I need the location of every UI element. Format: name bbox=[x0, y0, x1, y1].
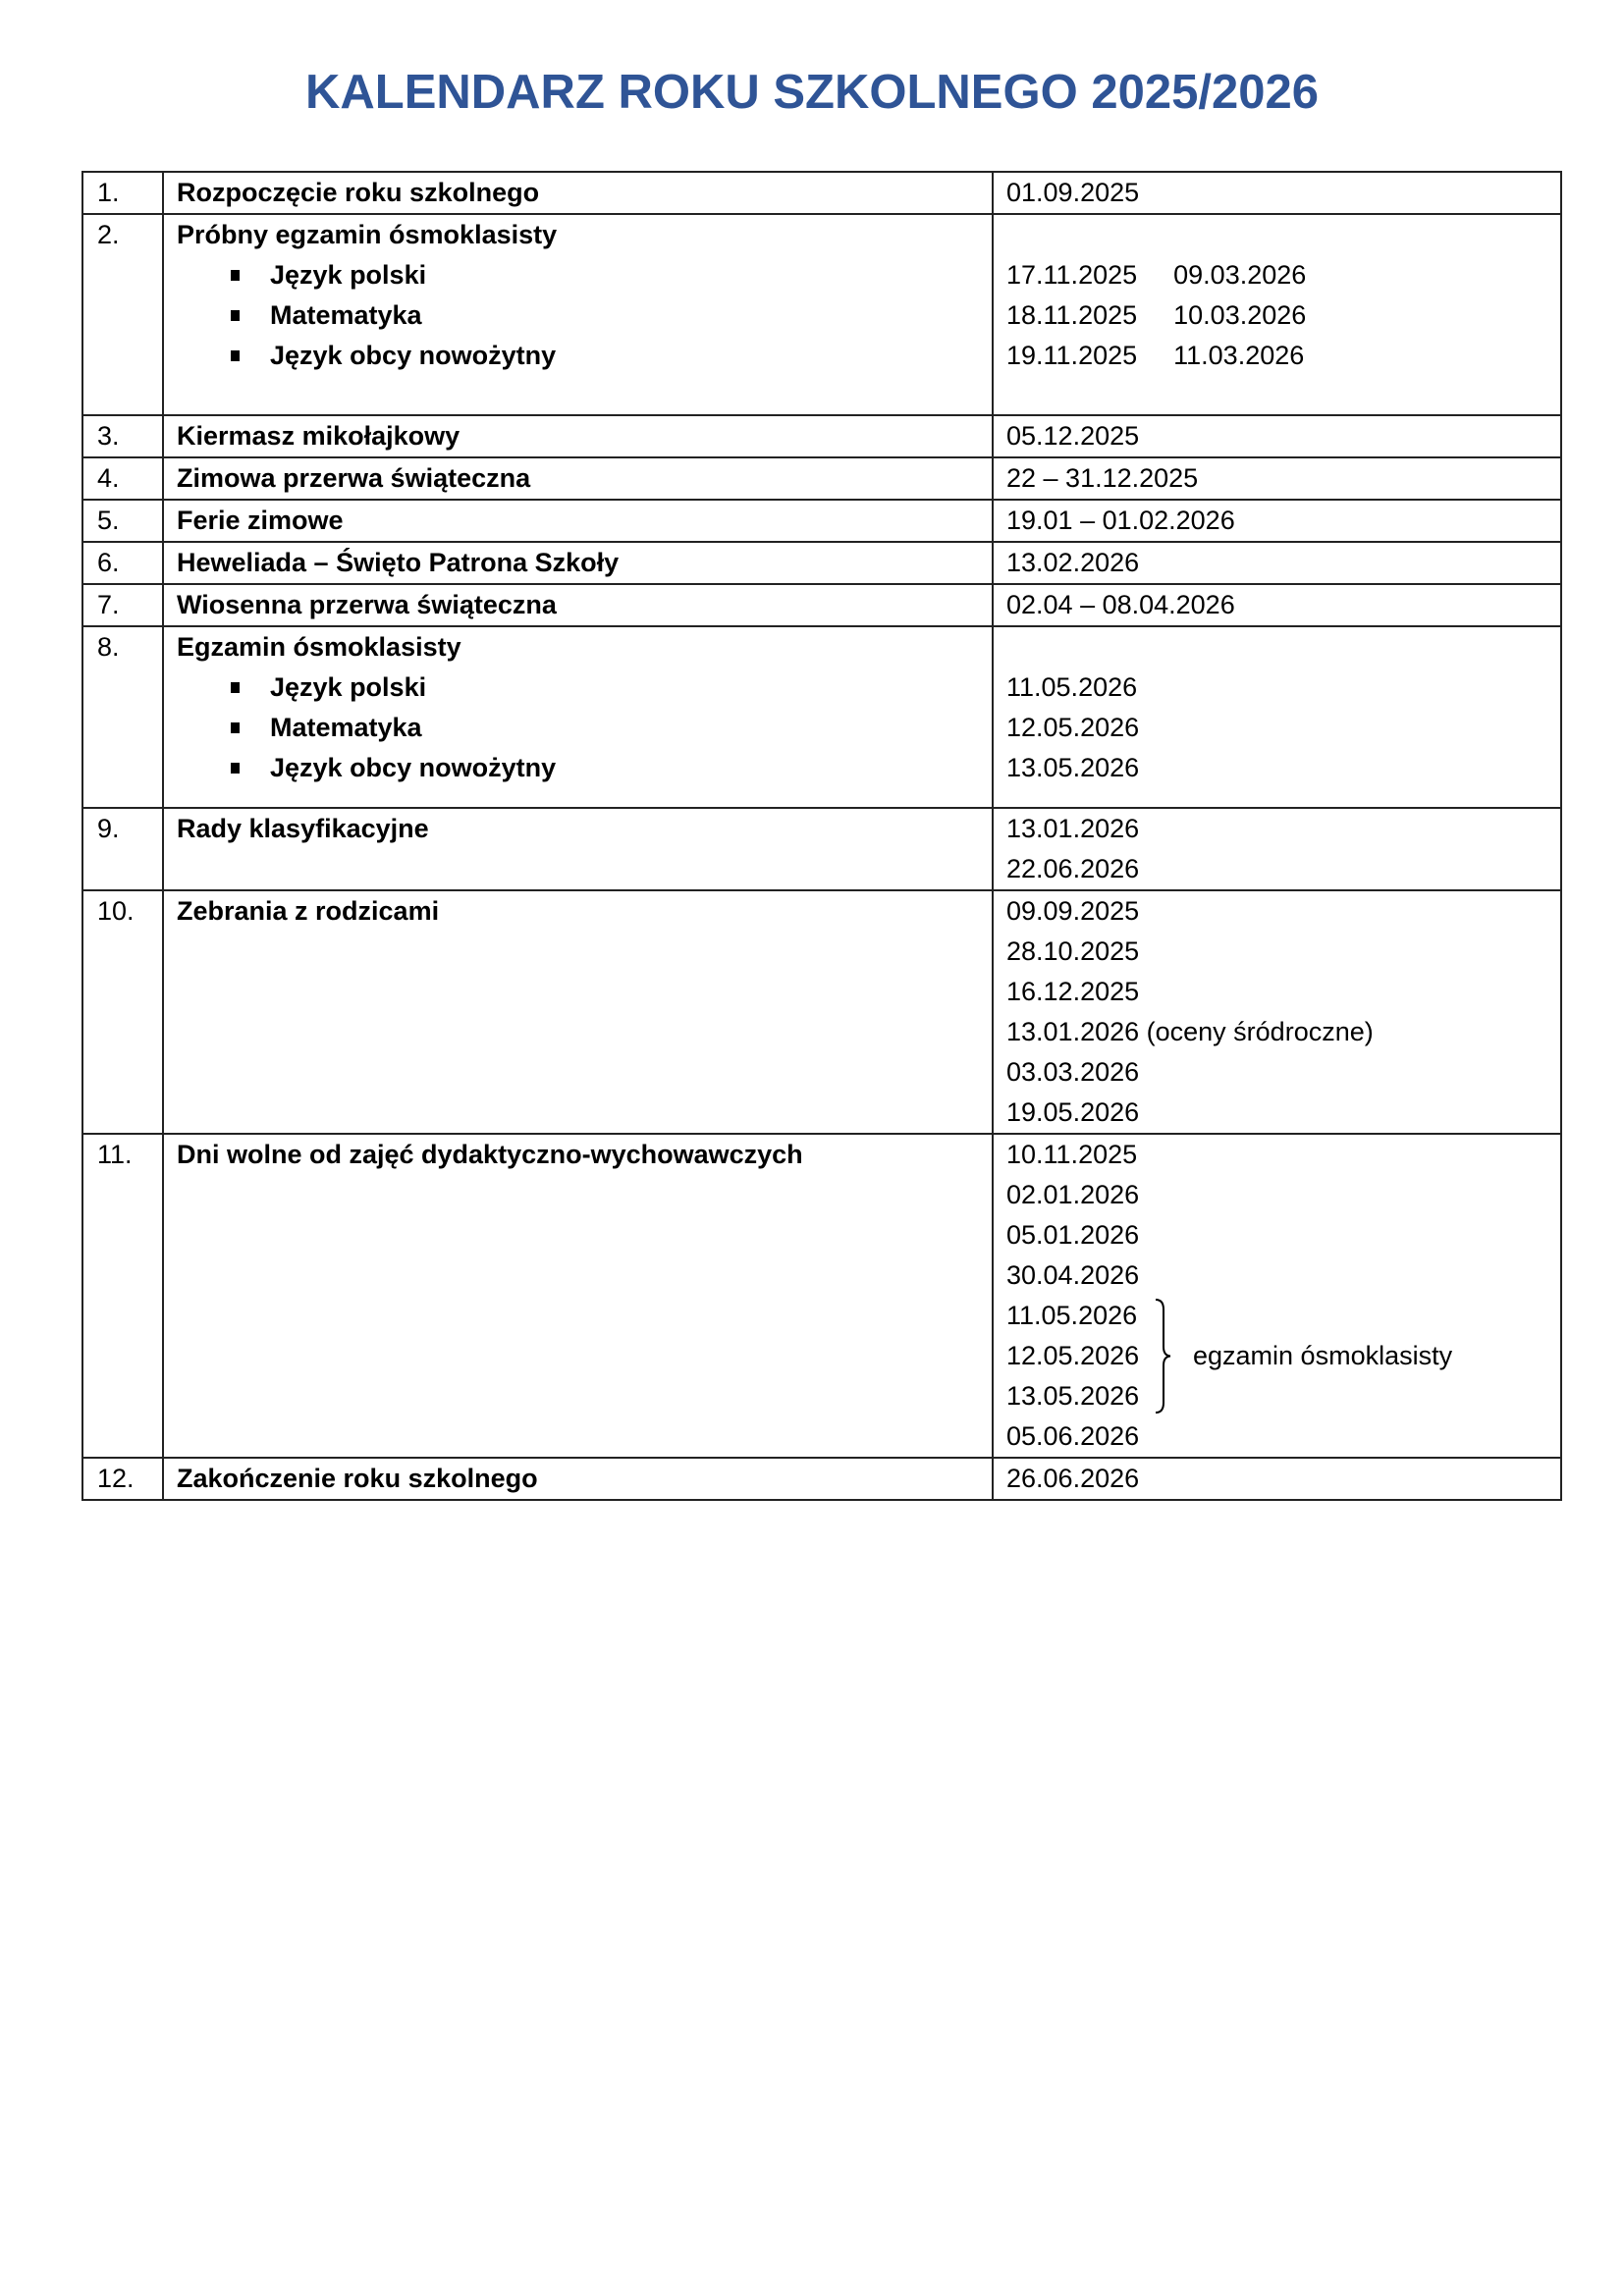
event-date: 26.06.2026 bbox=[993, 1458, 1561, 1500]
table-row: 8. Egzamin ósmoklasisty Język polski Mat… bbox=[82, 626, 1561, 808]
list-item: Język polski bbox=[231, 667, 980, 708]
event-cell: Próbny egzamin ósmoklasisty Język polski… bbox=[163, 214, 993, 415]
row-number: 4. bbox=[82, 457, 163, 500]
list-item: Język obcy nowożytny bbox=[231, 748, 980, 788]
row-number: 9. bbox=[82, 808, 163, 890]
event-name: Zimowa przerwa świąteczna bbox=[163, 457, 993, 500]
event-name: Ferie zimowe bbox=[163, 500, 993, 542]
event-name: Wiosenna przerwa świąteczna bbox=[163, 584, 993, 626]
table-row: 9. Rady klasyfikacyjne 13.01.2026 22.06.… bbox=[82, 808, 1561, 890]
event-name: Zebrania z rodzicami bbox=[163, 890, 993, 1134]
table-row: 5. Ferie zimowe 19.01 – 01.02.2026 bbox=[82, 500, 1561, 542]
row-number: 11. bbox=[82, 1134, 163, 1458]
table-row: 7. Wiosenna przerwa świąteczna 02.04 – 0… bbox=[82, 584, 1561, 626]
event-name: Heweliada – Święto Patrona Szkoły bbox=[163, 542, 993, 584]
subject-list: Język polski Matematyka Język obcy nowoż… bbox=[177, 255, 980, 376]
event-date: 13.01.2026 22.06.2026 bbox=[993, 808, 1561, 890]
row-number: 12. bbox=[82, 1458, 163, 1500]
event-cell: Egzamin ósmoklasisty Język polski Matema… bbox=[163, 626, 993, 808]
row-number: 8. bbox=[82, 626, 163, 808]
square-bullet-icon bbox=[231, 682, 240, 693]
right-brace-icon bbox=[1154, 1296, 1173, 1416]
table-row: 3. Kiermasz mikołajkowy 05.12.2025 bbox=[82, 415, 1561, 457]
calendar-table: 1. Rozpoczęcie roku szkolnego 01.09.2025… bbox=[81, 171, 1562, 1501]
list-item: Język obcy nowożytny bbox=[231, 336, 980, 376]
square-bullet-icon bbox=[231, 763, 240, 774]
table-row: 11. Dni wolne od zajęć dydaktyczno-wycho… bbox=[82, 1134, 1561, 1458]
brace-label: egzamin ósmoklasisty bbox=[1193, 1336, 1452, 1376]
event-date: 11.05.2026 12.05.2026 13.05.2026 bbox=[993, 626, 1561, 808]
square-bullet-icon bbox=[231, 310, 240, 321]
row-number: 10. bbox=[82, 890, 163, 1134]
square-bullet-icon bbox=[231, 350, 240, 361]
event-date: 09.09.2025 28.10.2025 16.12.2025 13.01.2… bbox=[993, 890, 1561, 1134]
exam-days-group: 11.05.2026 12.05.2026 13.05.2026 egzamin… bbox=[1006, 1296, 1548, 1416]
table-row: 2. Próbny egzamin ósmoklasisty Język pol… bbox=[82, 214, 1561, 415]
row-number: 5. bbox=[82, 500, 163, 542]
subject-list: Język polski Matematyka Język obcy nowoż… bbox=[177, 667, 980, 788]
event-name: Rozpoczęcie roku szkolnego bbox=[163, 172, 993, 214]
table-row: 10. Zebrania z rodzicami 09.09.2025 28.1… bbox=[82, 890, 1561, 1134]
row-number: 3. bbox=[82, 415, 163, 457]
list-item: Język polski bbox=[231, 255, 980, 295]
list-item: Matematyka bbox=[231, 295, 980, 336]
table-row: 6. Heweliada – Święto Patrona Szkoły 13.… bbox=[82, 542, 1561, 584]
event-name: Kiermasz mikołajkowy bbox=[163, 415, 993, 457]
event-name: Próbny egzamin ósmoklasisty bbox=[177, 215, 980, 255]
page-title: KALENDARZ ROKU SZKOLNEGO 2025/2026 bbox=[0, 65, 1624, 120]
event-date: 22 – 31.12.2025 bbox=[993, 457, 1561, 500]
event-date: 01.09.2025 bbox=[993, 172, 1561, 214]
square-bullet-icon bbox=[231, 722, 240, 733]
table-row: 1. Rozpoczęcie roku szkolnego 01.09.2025 bbox=[82, 172, 1561, 214]
event-date: 17.11.202509.03.2026 18.11.202510.03.202… bbox=[993, 214, 1561, 415]
table-row: 4. Zimowa przerwa świąteczna 22 – 31.12.… bbox=[82, 457, 1561, 500]
event-name: Dni wolne od zajęć dydaktyczno-wychowawc… bbox=[163, 1134, 993, 1458]
event-date: 05.12.2025 bbox=[993, 415, 1561, 457]
event-date: 10.11.2025 02.01.2026 05.01.2026 30.04.2… bbox=[993, 1134, 1561, 1458]
row-number: 7. bbox=[82, 584, 163, 626]
row-number: 6. bbox=[82, 542, 163, 584]
event-date: 13.02.2026 bbox=[993, 542, 1561, 584]
event-name: Zakończenie roku szkolnego bbox=[163, 1458, 993, 1500]
event-name: Rady klasyfikacyjne bbox=[163, 808, 993, 890]
event-name: Egzamin ósmoklasisty bbox=[177, 627, 980, 667]
list-item: Matematyka bbox=[231, 708, 980, 748]
event-date: 02.04 – 08.04.2026 bbox=[993, 584, 1561, 626]
event-date: 19.01 – 01.02.2026 bbox=[993, 500, 1561, 542]
square-bullet-icon bbox=[231, 270, 240, 281]
table-row: 12. Zakończenie roku szkolnego 26.06.202… bbox=[82, 1458, 1561, 1500]
row-number: 2. bbox=[82, 214, 163, 415]
row-number: 1. bbox=[82, 172, 163, 214]
